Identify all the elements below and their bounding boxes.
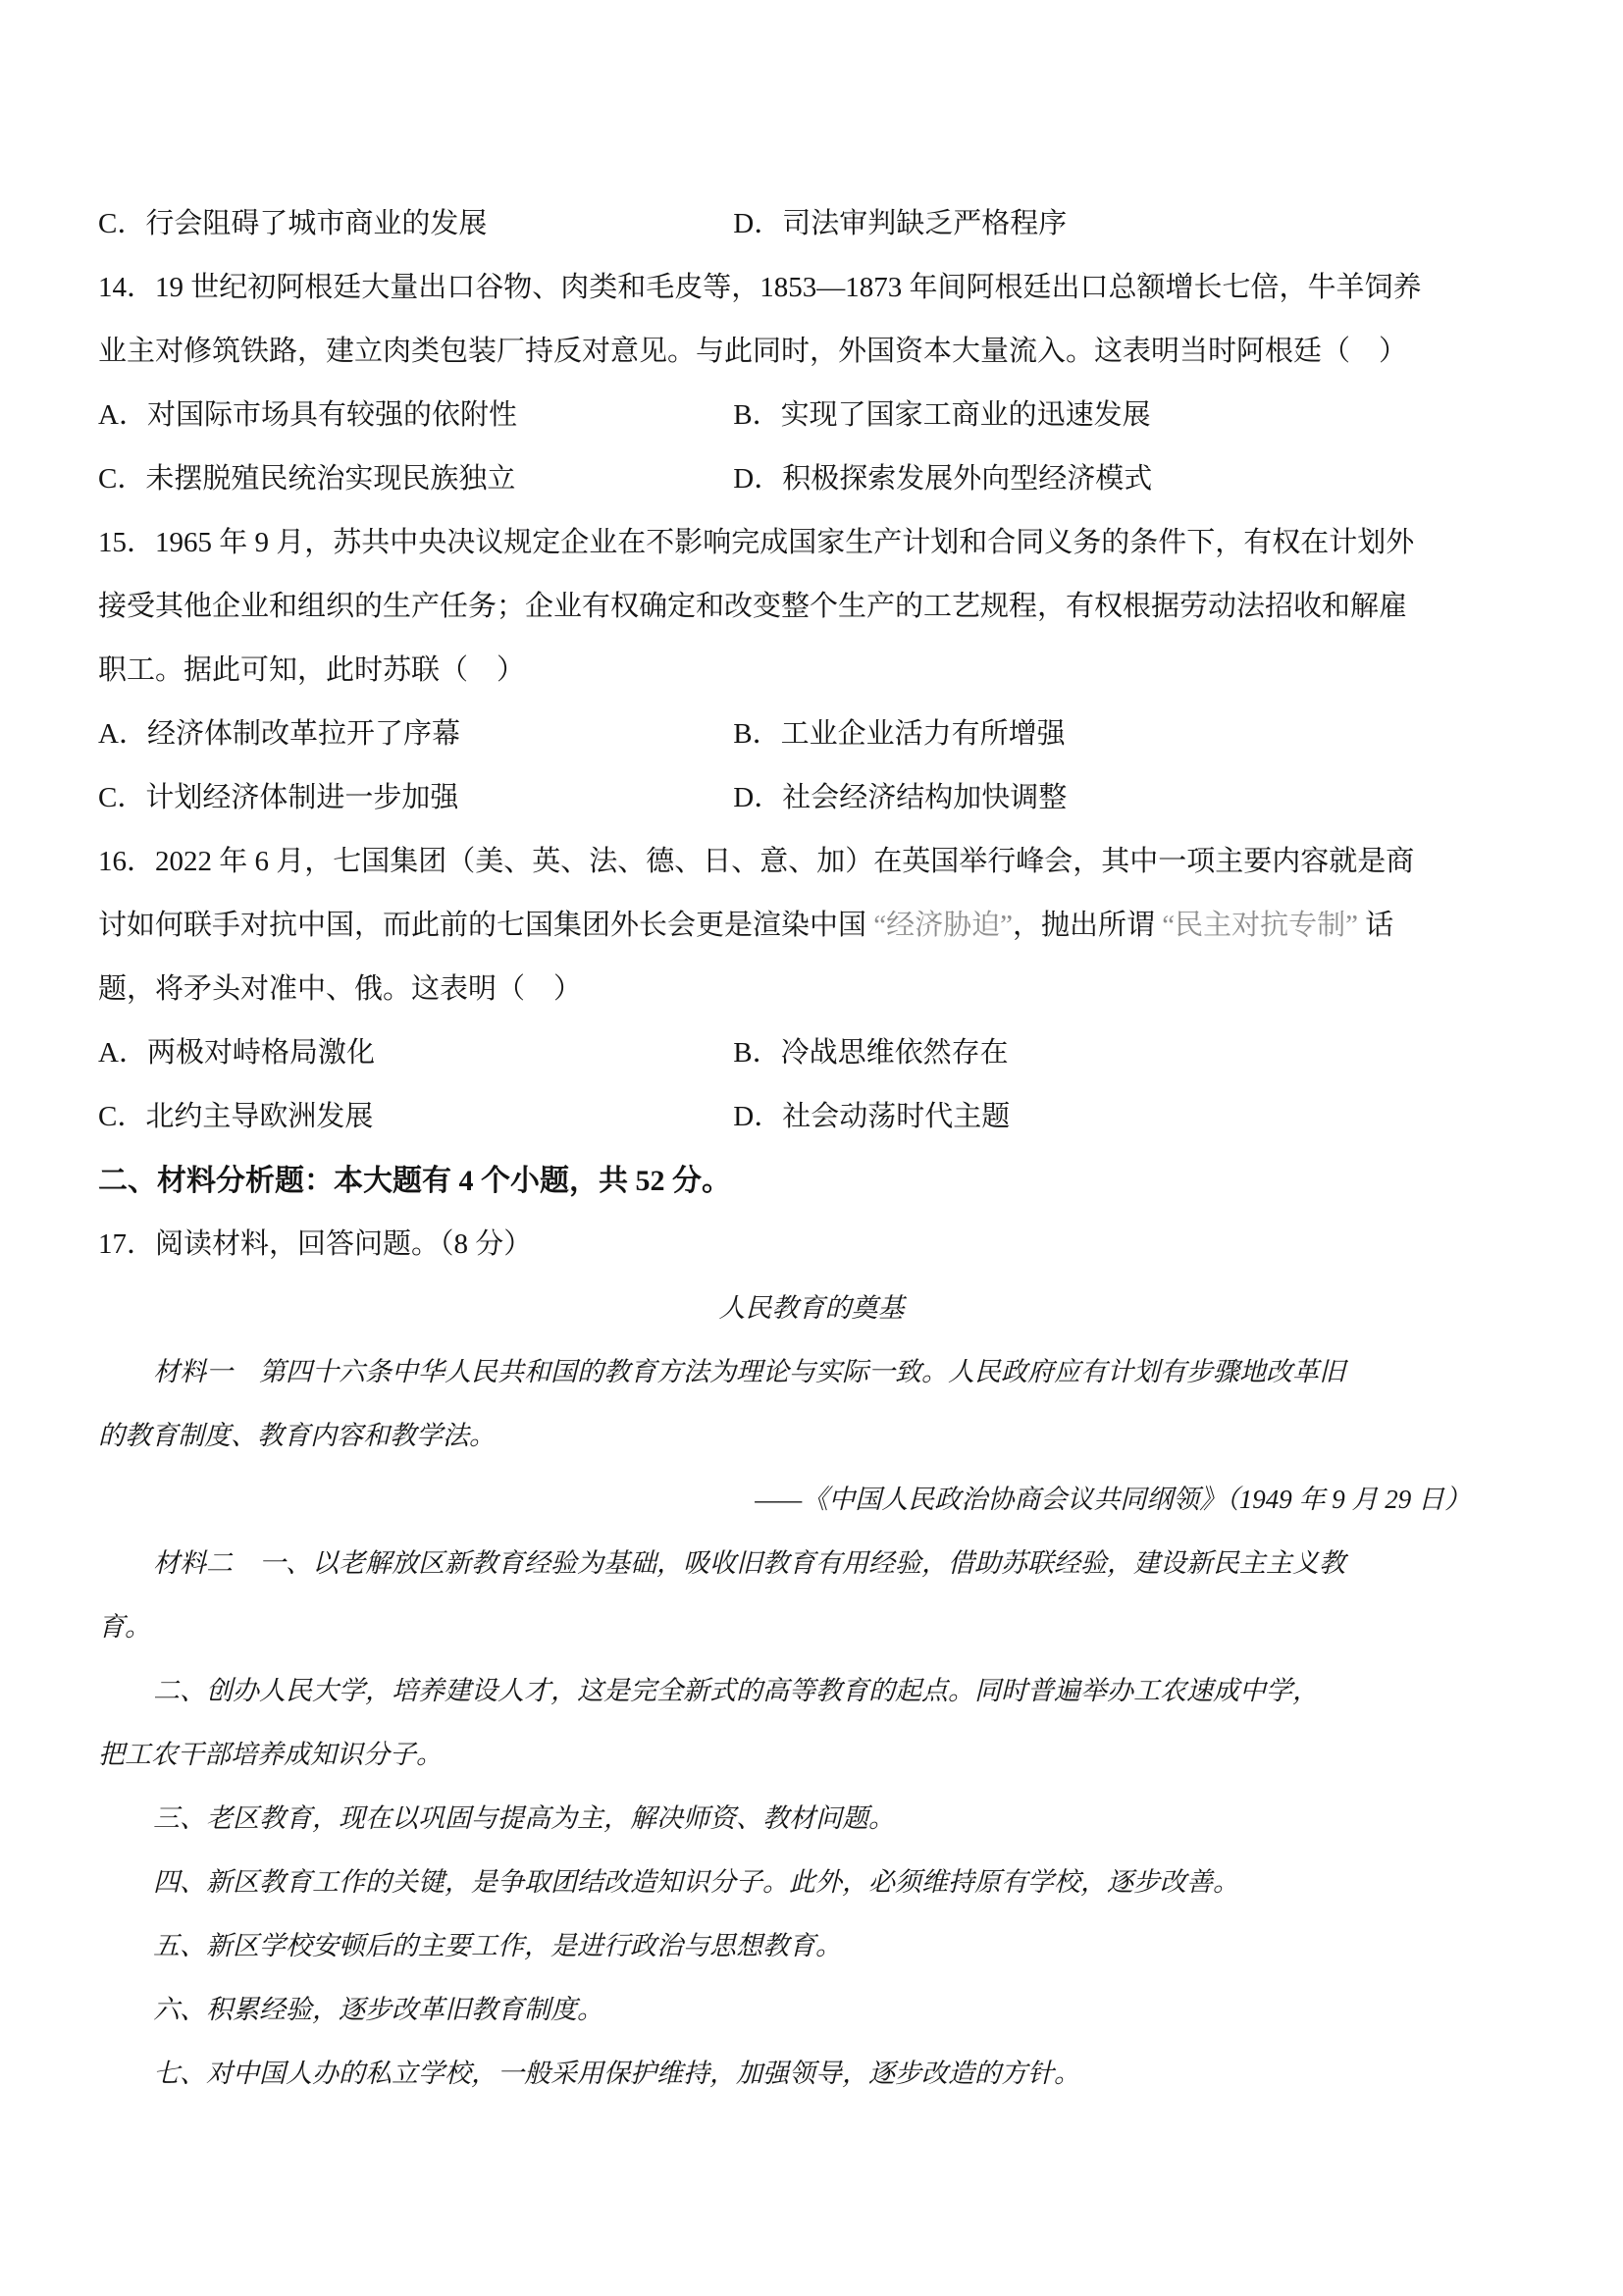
q13-option-d: D．司法审判缺乏严格程序 (733, 208, 1067, 239)
q15-stem-line-2: 接受其他企业和组织的生产任务；企业有权确定和改变整个生产的工艺规程，有权根据劳动… (98, 575, 1525, 639)
q17-material-title: 人民教育的奠基 (98, 1277, 1525, 1340)
q17-material1-source: ——《中国人民政治协商会议共同纲领》（1949 年 9 月 29 日） (98, 1468, 1525, 1532)
q17-material2-line-5: 三、老区教育，现在以巩固与提高为主，解决师资、教材问题。 (98, 1787, 1525, 1851)
q17-material2-line-2: 育。 (98, 1595, 1525, 1659)
q16-stem-line-1: 16．2022 年 6 月，七国集团（美、英、法、德、日、意、加）在英国举行峰会… (98, 830, 1525, 894)
q14-stem-line-2: 业主对修筑铁路，建立肉类包装厂持反对意见。与此同时，外国资本大量流入。这表明当时… (98, 320, 1525, 384)
q14-option-a: A．对国际市场具有较强的依附性 (98, 384, 726, 447)
q14-option-b: B．实现了国家工商业的迅速发展 (733, 399, 1150, 431)
q14-stem-line-1: 14．19 世纪初阿根廷大量出口谷物、肉类和毛皮等，1853—1873 年间阿根… (98, 256, 1525, 320)
q16-option-b: B．冷战思维依然存在 (733, 1037, 1008, 1069)
q16-options-row-2: C．北约主导欧洲发展 D．社会动荡时代主题 (98, 1085, 1525, 1149)
q15-options-row-2: C．计划经济体制进一步加强 D．社会经济结构加快调整 (98, 766, 1525, 830)
q16-stem-line2-mid: ，抛出所谓 (1013, 910, 1162, 941)
q16-stem-line-3: 题，将矛头对准中、俄。这表明（ ） (98, 958, 1525, 1021)
q16-quoted-phrase-2: “民主对抗专制” (1162, 910, 1358, 941)
q14-options-row-2: C．未摆脱殖民统治实现民族独立 D．积极探索发展外向型经济模式 (98, 447, 1525, 511)
exam-page: C．行会阻碍了城市商业的发展 D．司法审判缺乏严格程序 14．19 世纪初阿根廷… (98, 192, 1525, 2106)
q16-stem-line2-post: 话 (1358, 910, 1393, 941)
q16-option-d: D．社会动荡时代主题 (733, 1101, 1010, 1132)
q15-option-d: D．社会经济结构加快调整 (733, 782, 1067, 813)
q16-stem-line2-pre: 讨如何联手对抗中国，而此前的七国集团外长会更是渲染中国 (98, 910, 873, 941)
q17-material2-line-8: 六、积累经验，逐步改革旧教育制度。 (98, 1978, 1525, 2042)
q13-option-c: C．行会阻碍了城市商业的发展 (98, 192, 726, 256)
q14-option-c: C．未摆脱殖民统治实现民族独立 (98, 447, 726, 511)
q15-option-a: A．经济体制改革拉开了序幕 (98, 703, 726, 766)
q15-option-b: B．工业企业活力有所增强 (733, 718, 1065, 750)
q15-stem-line-1: 15．1965 年 9 月，苏共中央决议规定企业在不影响完成国家生产计划和合同义… (98, 511, 1525, 575)
q16-stem-line-2: 讨如何联手对抗中国，而此前的七国集团外长会更是渲染中国 “经济胁迫”，抛出所谓 … (98, 894, 1525, 958)
q17-material1-line-2: 的教育制度、教育内容和教学法。 (98, 1404, 1525, 1468)
q17-material2-line-1: 材料二 一、以老解放区新教育经验为基础，吸收旧教育有用经验，借助苏联经验，建设新… (98, 1532, 1525, 1595)
q16-option-c: C．北约主导欧洲发展 (98, 1085, 726, 1149)
q17-material2-line-6: 四、新区教育工作的关键，是争取团结改造知识分子。此外，必须维持原有学校，逐步改善… (98, 1851, 1525, 1914)
q17-material1-line-1: 材料一 第四十六条中华人民共和国的教育方法为理论与实际一致。人民政府应有计划有步… (98, 1340, 1525, 1404)
q15-options-row-1: A．经济体制改革拉开了序幕 B．工业企业活力有所增强 (98, 703, 1525, 766)
q16-options-row-1: A．两极对峙格局激化 B．冷战思维依然存在 (98, 1021, 1525, 1085)
q14-option-d: D．积极探索发展外向型经济模式 (733, 463, 1152, 495)
q17-material2-line-7: 五、新区学校安顿后的主要工作，是进行政治与思想教育。 (98, 1914, 1525, 1978)
q16-option-a: A．两极对峙格局激化 (98, 1021, 726, 1085)
q13-options-row: C．行会阻碍了城市商业的发展 D．司法审判缺乏严格程序 (98, 192, 1525, 256)
q17-material2-line-9: 七、对中国人办的私立学校，一般采用保护维持，加强领导，逐步改造的方针。 (98, 2042, 1525, 2106)
q17-material2-line-3: 二、创办人民大学，培养建设人才，这是完全新式的高等教育的起点。同时普遍举办工农速… (98, 1659, 1525, 1723)
section-2-header: 二、材料分析题：本大题有 4 个小题，共 52 分。 (98, 1149, 1525, 1213)
q15-option-c: C．计划经济体制进一步加强 (98, 766, 726, 830)
q15-stem-line-3: 职工。据此可知，此时苏联（ ） (98, 639, 1525, 703)
q16-quoted-phrase-1: “经济胁迫” (873, 910, 1013, 941)
q17-material2-line-4: 把工农干部培养成知识分子。 (98, 1723, 1525, 1787)
q17-intro: 17．阅读材料，回答问题。（8 分） (98, 1213, 1525, 1277)
q14-options-row-1: A．对国际市场具有较强的依附性 B．实现了国家工商业的迅速发展 (98, 384, 1525, 447)
